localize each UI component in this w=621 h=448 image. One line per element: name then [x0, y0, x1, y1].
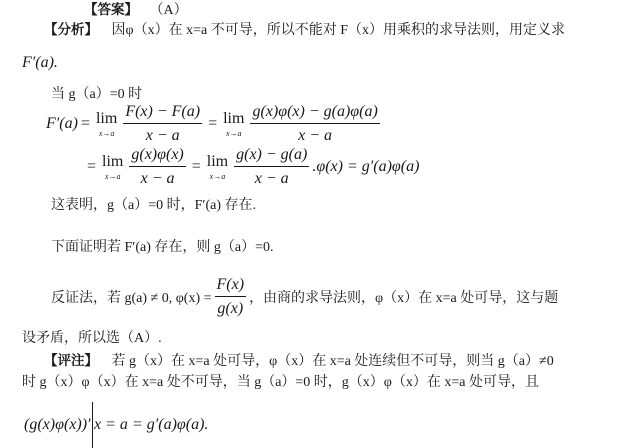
converse-statement: 下面证明若 F′(a) 存在，则 g（a）=0.	[51, 239, 274, 257]
contradiction-suffix: ，由商的求导法则，φ（x）在 x=a 处可导，这与题	[249, 287, 558, 307]
derivation-row-2: = limx→a g(x)φ(x)x − a = limx→a g(x) − g…	[84, 146, 419, 188]
remark-line-2: 时 g（x）φ（x）在 x=a 处不可导，当 g（a）=0 时，g（x）φ（x）…	[22, 374, 539, 392]
answer-line: 【答案】 （A）	[84, 1, 188, 20]
lhs: F′(a)	[46, 115, 78, 133]
fraction-1: F(x) − F(a)x − a	[123, 103, 202, 145]
fraction-2: g(x)φ(x) − g(a)φ(a)x − a	[250, 103, 379, 145]
derivation-row-1: F′(a) = limx→a F(x) − F(a)x − a = limx→a…	[46, 103, 383, 145]
conclusion-1: 这表明，g（a）=0 时，F′(a) 存在.	[51, 197, 256, 215]
limit: limx→a	[207, 154, 228, 181]
contradiction-line: 反证法，若 g(a) ≠ 0, φ(x) = F(x)g(x) ，由商的求导法则…	[51, 276, 558, 318]
remark-line-1: 【评注】 若 g（x）在 x=a 处可导，φ（x）在 x=a 处连续但不可导，则…	[44, 352, 554, 371]
fraction-3: g(x)φ(x)x − a	[129, 146, 185, 188]
contradiction-prefix: 反证法，若 g(a) ≠ 0, φ(x) =	[51, 287, 212, 307]
remark-label: 【评注】	[44, 353, 98, 369]
fraction-4: g(x) − g(a)x − a	[234, 146, 309, 188]
answer-value: （A）	[150, 3, 188, 18]
remark-formula: (g(x)φ(x))′ x = a = g′(a)φ(a).	[24, 402, 208, 448]
analysis-line-1: 【分析】 因φ（x）在 x=a 不可导，所以不能对 F（x）用乘积的求导法则，用…	[44, 21, 565, 40]
analysis-line-2: F′(a).	[22, 54, 58, 72]
evaluation-bar	[92, 402, 94, 448]
derivation-tail: .φ(x) = g′(a)φ(a)	[312, 158, 419, 176]
analysis-text: 因φ（x）在 x=a 不可导，所以不能对 F（x）用乘积的求导法则，用定义求	[112, 23, 565, 38]
fraction-5: F(x)g(x)	[215, 276, 247, 318]
analysis-label: 【分析】	[44, 22, 98, 38]
answer-label: 【答案】	[84, 2, 138, 18]
case-zero-text: 当 g（a）=0 时	[51, 86, 142, 104]
limit: limx→a	[223, 111, 244, 138]
contradiction-line-2: 设矛盾，所以选（A）.	[22, 330, 162, 348]
limit: limx→a	[96, 111, 117, 138]
limit: limx→a	[102, 154, 123, 181]
